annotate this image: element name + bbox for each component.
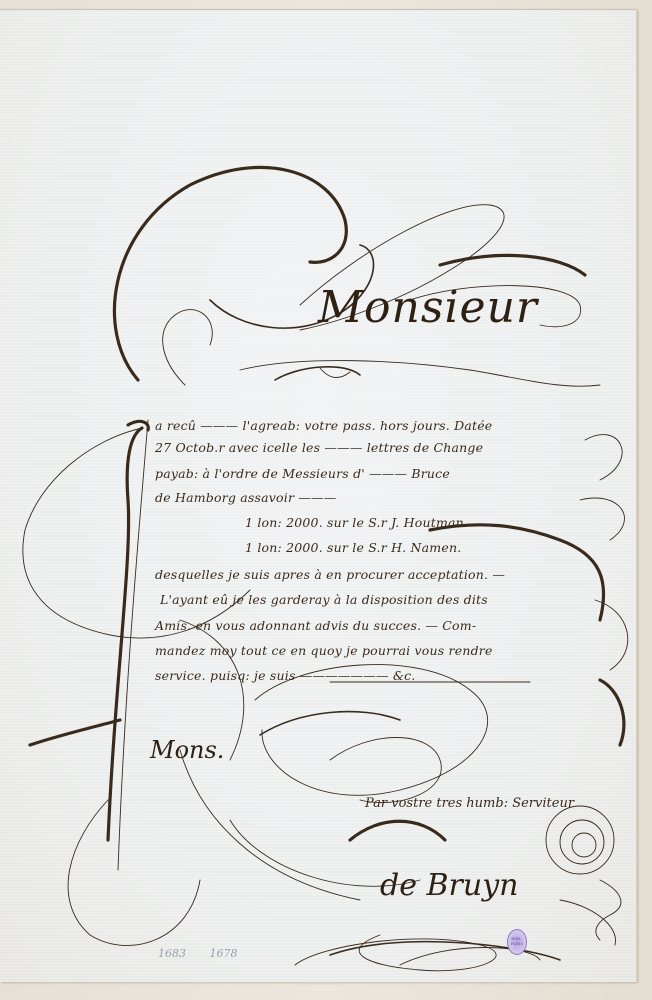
body-line: service. puisq: je suis ——————— &c. bbox=[155, 668, 416, 683]
body-line: 27 Octob.r avec icelle les ——— lettres d… bbox=[155, 440, 483, 455]
body-line: payab: à l'ordre de Messieurs d' ——— Bru… bbox=[155, 466, 450, 481]
body-line: 1 lon: 2000. sur le S.r H. Namen. bbox=[245, 540, 461, 555]
body-line: Amis. en vous adonnant advis du succes. … bbox=[155, 618, 476, 633]
archive-note-1: 1683 bbox=[158, 947, 186, 960]
body-line: mandez moy tout ce en quoy je pourrai vo… bbox=[155, 643, 493, 658]
body-line: a recû ——— l'agreab: votre pass. hors jo… bbox=[155, 418, 492, 433]
body-line: desquelles je suis apres à en procurer a… bbox=[155, 567, 505, 582]
archive-note-2: 1678 bbox=[210, 947, 238, 960]
body-line: de Hamborg assavoir ——— bbox=[155, 490, 336, 505]
letter-heading: Monsieur bbox=[318, 282, 538, 333]
salutation: Mons. bbox=[150, 736, 224, 764]
closing-line: Par vostre tres humb: Serviteur bbox=[365, 796, 574, 811]
archive-pencil-notes: 1683 1678 bbox=[158, 947, 258, 960]
body-line: L'ayant eû je les garderay à la disposit… bbox=[160, 592, 488, 607]
library-stamp: BIBL. PARIS bbox=[507, 929, 527, 955]
body-line: 1 lon: 2000. sur le S.r J. Houtman. bbox=[245, 515, 468, 530]
signature: de Bruyn bbox=[380, 868, 518, 903]
